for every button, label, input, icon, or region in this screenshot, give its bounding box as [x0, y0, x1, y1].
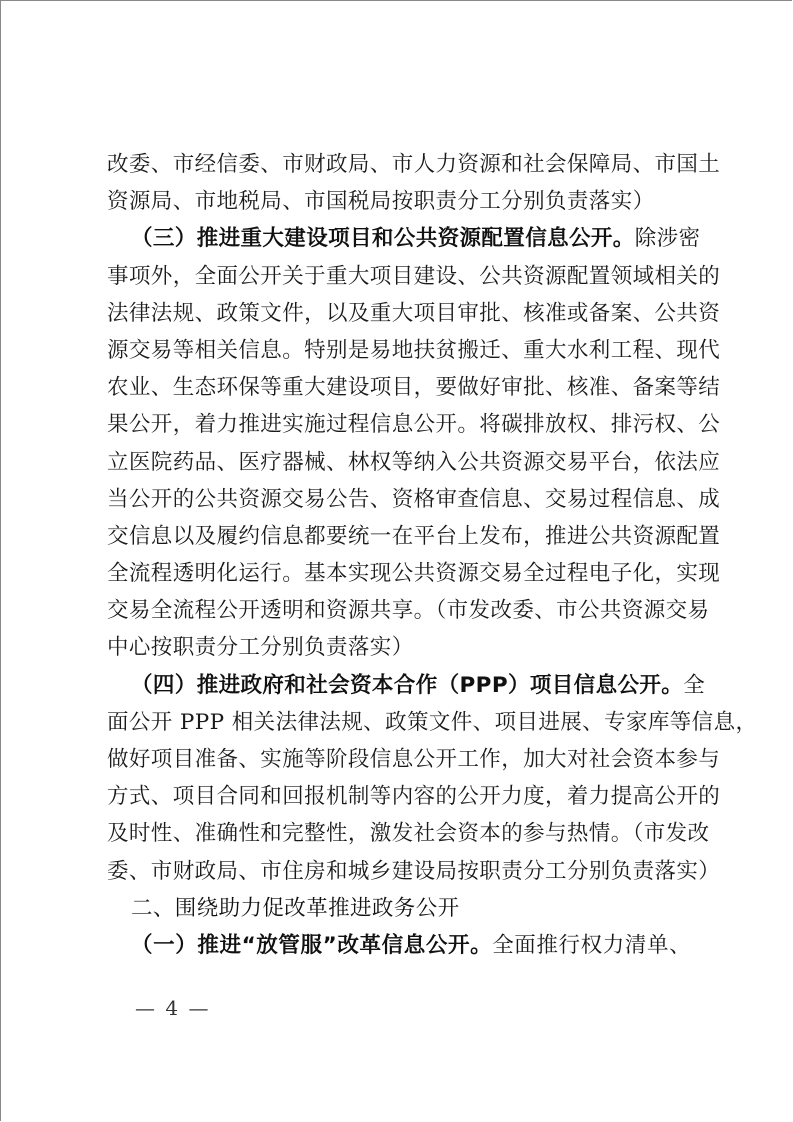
text-line: 当公开的公共资源交易公告、资格审查信息、交易过程信息、成 [107, 481, 691, 518]
text-line: 事项外，全面公开关于重大项目建设、公共资源配置领域相关的 [107, 258, 691, 295]
text-line: 交易全流程公开透明和资源共享。（市发改委、市公共资源交易 [107, 592, 691, 629]
text-line: 源交易等相关信息。特别是易地扶贫搬迁、重大水利工程、现代 [107, 332, 691, 369]
text-line: 法律法规、政策文件，以及重大项目审批、核准或备案、公共资 [107, 295, 691, 332]
text-line: 中心按职责分工分别负责落实） [107, 629, 691, 666]
text-line: 立医院药品、医疗器械、林权等纳入公共资源交易平台，依法应 [107, 444, 691, 481]
text-line: 资源局、市地税局、市国税局按职责分工分别负责落实） [107, 183, 691, 220]
document-body: 改委、市经信委、市财政局、市人力资源和社会保障局、市国土 资源局、市地税局、市国… [107, 146, 691, 964]
text-fragment: 除涉密 [635, 226, 701, 251]
section-heading: 二、围绕助力促改革推进政务公开 [107, 890, 691, 927]
text-line: 全流程透明化运行。基本实现公共资源交易全过程电子化，实现 [107, 555, 691, 592]
text-fragment: 全 [683, 673, 705, 698]
text-line: 果公开，着力推进实施过程信息公开。将碳排放权、排污权、公 [107, 406, 691, 443]
page-number: — 4 — [135, 996, 210, 1020]
text-line: 做好项目准备、实施等阶段信息公开工作，加大对社会资本参与 [107, 741, 691, 778]
paragraph-heading-line: （三）推进重大建设项目和公共资源配置信息公开。除涉密 [107, 220, 691, 257]
text-line: 及时性、准确性和完整性，激发社会资本的参与热情。（市发改 [107, 815, 691, 852]
paragraph-heading: （一）推进“放管服”改革信息公开。 [131, 933, 492, 958]
text-line: 改委、市经信委、市财政局、市人力资源和社会保障局、市国土 [107, 146, 691, 183]
text-line: 委、市财政局、市住房和城乡建设局按职责分工分别负责落实） [107, 853, 691, 890]
text-fragment: 全面推行权力清单、 [492, 933, 691, 958]
text-line: 交信息以及履约信息都要统一在平台上发布，推进公共资源配置 [107, 518, 691, 555]
paragraph-heading-line: （一）推进“放管服”改革信息公开。全面推行权力清单、 [107, 927, 691, 964]
paragraph-heading-line: （四）推进政府和社会资本合作（PPP）项目信息公开。全 [107, 667, 691, 704]
paragraph-heading: （四）推进政府和社会资本合作（PPP）项目信息公开。 [131, 673, 683, 698]
text-line: 农业、生态环保等重大建设项目，要做好审批、核准、备案等结 [107, 369, 691, 406]
text-line: 面公开 PPP 相关法律法规、政策文件、项目进展、专家库等信息， [107, 704, 691, 741]
text-line: 方式、项目合同和回报机制等内容的公开力度，着力提高公开的 [107, 778, 691, 815]
paragraph-heading: （三）推进重大建设项目和公共资源配置信息公开。 [131, 226, 635, 251]
